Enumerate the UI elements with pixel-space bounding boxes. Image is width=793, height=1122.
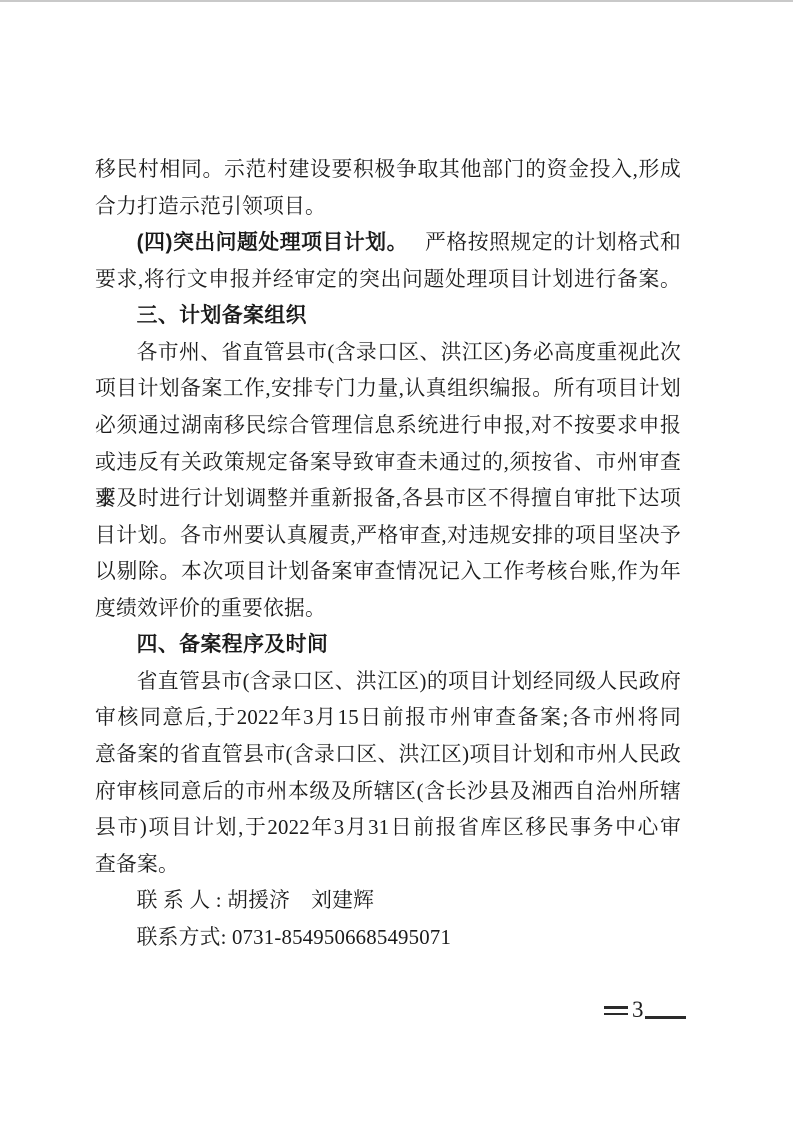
doc-line: 查备案。 xyxy=(95,847,681,884)
doc-line: 各市州、省直管县市(含录口区、洪江区)务必高度重视此次 xyxy=(95,335,681,372)
doc-line-heading-4: (四)突出问题处理项目计划。严格按照规定的计划格式和 xyxy=(95,225,681,262)
doc-line: 意备案的省直管县市(含录口区、洪江区)项目计划和市州人民政 xyxy=(95,737,681,774)
doc-line: 审核同意后,于2022年3月15日前报市州审查备案;各市州将同 xyxy=(95,700,681,737)
doc-line: 移民村相同。示范村建设要积极争取其他部门的资金投入,形成 xyxy=(95,152,681,189)
page-number: 3 xyxy=(632,1000,644,1020)
doc-line: 以剔除。本次项目计划备案审查情况记入工作考核台账,作为年 xyxy=(95,554,681,591)
doc-line-text: 严格按照规定的计划格式和 xyxy=(425,231,681,254)
section-heading-4: 四、备案程序及时间 xyxy=(95,627,681,664)
page-number-dash-left xyxy=(604,1006,628,1016)
page-number-underline xyxy=(645,1016,686,1019)
doc-line: 或违反有关政策规定备案导致审查未通过的,须按省、市州审查要 xyxy=(95,445,681,482)
contact-person-line: 联 系 人 : 胡援济 刘建辉 xyxy=(95,883,681,920)
doc-line: 求及时进行计划调整并重新报备,各县市区不得擅自审批下达项 xyxy=(95,481,681,518)
page-number-block: 3 xyxy=(600,1000,692,1026)
doc-line: 省直管县市(含录口区、洪江区)的项目计划经同级人民政府 xyxy=(95,664,681,701)
doc-line: 必须通过湖南移民综合管理信息系统进行申报,对不按要求申报 xyxy=(95,408,681,445)
section-heading-3: 三、计划备案组织 xyxy=(95,298,681,335)
doc-line: 项目计划备案工作,安排专门力量,认真组织编报。所有项目计划 xyxy=(95,371,681,408)
doc-line: 要求,将行文申报并经审定的突出问题处理项目计划进行备案。 xyxy=(95,262,681,299)
subsection-heading: (四)突出问题处理项目计划。 xyxy=(137,231,408,254)
doc-line: 府审核同意后的市州本级及所辖区(含长沙县及湘西自治州所辖 xyxy=(95,774,681,811)
contact-phone-line: 联系方式: 0731-8549506685495071 xyxy=(95,920,681,957)
document-page: 移民村相同。示范村建设要积极争取其他部门的资金投入,形成 合力打造示范引领项目。… xyxy=(0,0,793,1122)
document-body: 移民村相同。示范村建设要积极争取其他部门的资金投入,形成 合力打造示范引领项目。… xyxy=(95,152,681,956)
doc-line: 合力打造示范引领项目。 xyxy=(95,189,681,226)
doc-line: 目计划。各市州要认真履责,严格审查,对违规安排的项目坚决予 xyxy=(95,518,681,555)
doc-line: 度绩效评价的重要依据。 xyxy=(95,591,681,628)
scan-edge-artifact xyxy=(0,0,793,2)
doc-line: 县市)项目计划,于2022年3月31日前报省库区移民事务中心审 xyxy=(95,810,681,847)
